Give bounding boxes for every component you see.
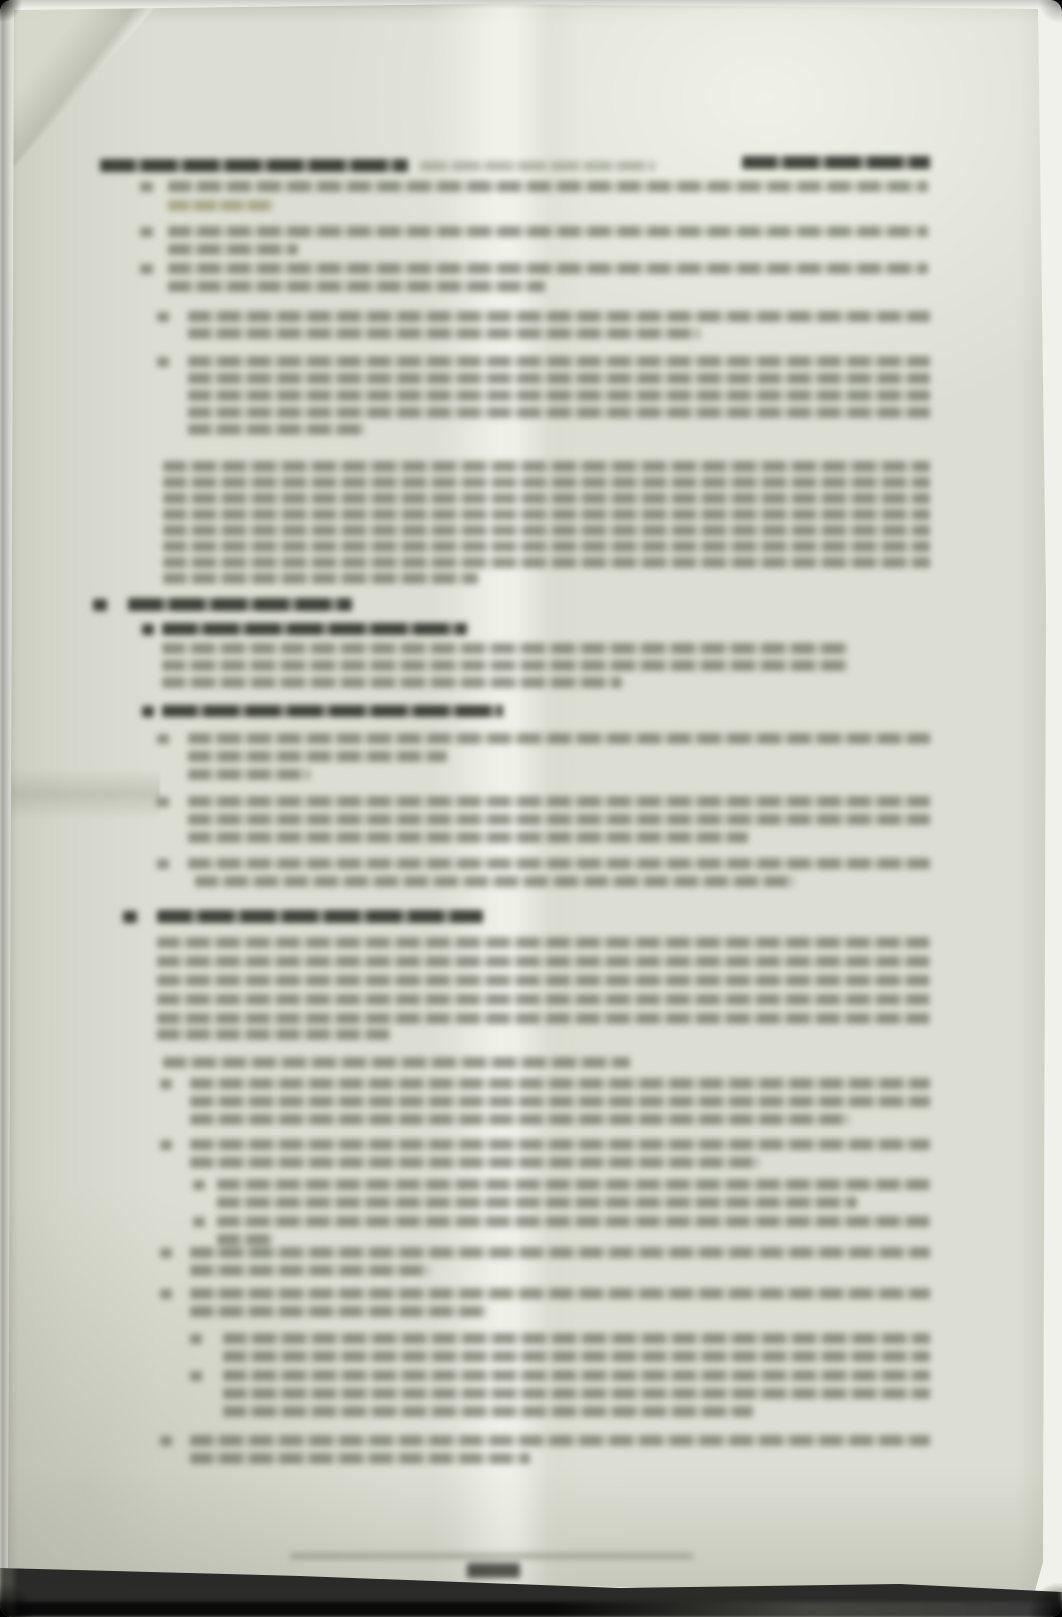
document-page xyxy=(0,0,1062,1617)
blurred-text-line xyxy=(163,557,930,568)
blurred-text-line xyxy=(142,706,154,717)
blurred-text-line xyxy=(142,624,154,635)
blurred-text-line xyxy=(190,1139,930,1150)
blurred-text-line xyxy=(193,1180,205,1190)
blurred-text-line xyxy=(290,1553,693,1559)
blurred-text-line xyxy=(190,1435,930,1446)
blurred-text-line xyxy=(188,858,930,869)
blurred-text-line xyxy=(163,461,930,472)
photo-bottom-strip xyxy=(0,1602,1062,1617)
blurred-text-line xyxy=(217,1216,930,1227)
blurred-text-line xyxy=(190,1453,530,1464)
blurred-text-line xyxy=(467,1563,520,1578)
blurred-text-line xyxy=(190,1096,930,1107)
blurred-text-line xyxy=(160,1079,172,1089)
blurred-text-line xyxy=(217,1179,930,1190)
blurred-text-line xyxy=(188,356,930,367)
blurred-text-line xyxy=(190,1371,202,1381)
blurred-text-line xyxy=(188,769,310,780)
blurred-text-layer xyxy=(0,0,1062,1617)
blurred-text-line xyxy=(157,797,169,807)
blurred-text-line xyxy=(217,1197,857,1208)
blurred-text-line xyxy=(140,227,153,237)
blurred-text-line xyxy=(190,1114,850,1125)
blurred-text-line xyxy=(162,623,467,635)
blurred-text-line xyxy=(157,937,930,948)
blurred-text-line xyxy=(160,1140,172,1150)
blurred-text-line xyxy=(193,1217,205,1227)
blurred-text-line xyxy=(163,1057,630,1068)
blurred-text-line xyxy=(160,1248,172,1258)
blurred-text-line xyxy=(190,1078,930,1089)
blurred-text-line xyxy=(223,1333,930,1344)
blurred-text-line xyxy=(93,599,107,611)
blurred-text-line xyxy=(163,541,930,552)
blurred-text-line xyxy=(190,1288,930,1299)
blurred-text-line xyxy=(188,311,930,322)
blurred-text-line xyxy=(188,814,930,825)
blurred-text-line xyxy=(168,181,928,192)
blurred-text-line xyxy=(188,390,930,401)
blurred-text-line xyxy=(123,911,137,923)
blurred-text-line xyxy=(157,910,483,923)
blurred-text-line xyxy=(188,751,447,762)
blurred-text-line xyxy=(140,182,153,192)
blurred-text-line xyxy=(223,1351,930,1362)
blurred-text-line xyxy=(157,975,930,986)
blurred-text-line xyxy=(157,734,169,744)
blurred-text-line xyxy=(157,859,169,869)
blurred-text-line xyxy=(188,796,930,807)
blurred-text-line xyxy=(162,643,848,654)
document-photo xyxy=(0,0,1062,1617)
blurred-text-line xyxy=(190,1157,760,1168)
blurred-text-line xyxy=(163,509,930,520)
blurred-text-line xyxy=(162,677,622,688)
blurred-text-line xyxy=(190,1247,930,1258)
blurred-text-line xyxy=(140,264,153,274)
blurred-text-line xyxy=(223,1388,930,1399)
blurred-text-line xyxy=(217,1234,273,1245)
blurred-text-line xyxy=(100,159,408,172)
blurred-text-line xyxy=(188,733,930,744)
blurred-text-line xyxy=(157,1013,930,1024)
blurred-text-line xyxy=(163,525,930,536)
blurred-text-line xyxy=(188,407,930,418)
blurred-text-line xyxy=(163,477,930,488)
blurred-text-line xyxy=(190,1334,202,1344)
blurred-text-line xyxy=(188,328,700,339)
blurred-text-line xyxy=(742,156,930,169)
blurred-text-line xyxy=(157,956,930,967)
blurred-text-line xyxy=(163,493,930,504)
blurred-text-line xyxy=(195,876,795,887)
blurred-text-line xyxy=(160,1436,172,1446)
blurred-text-line xyxy=(162,660,848,671)
blurred-text-line xyxy=(188,373,930,384)
blurred-text-line xyxy=(157,312,169,322)
blurred-text-line xyxy=(157,994,930,1005)
blurred-text-line xyxy=(157,1029,390,1040)
blurred-text-line xyxy=(128,598,352,611)
blurred-text-line xyxy=(190,1265,430,1276)
blurred-text-line xyxy=(162,705,503,717)
blurred-text-line xyxy=(157,357,169,367)
blurred-text-line xyxy=(168,226,928,237)
blurred-text-line xyxy=(160,1289,172,1299)
blurred-text-line xyxy=(420,161,655,171)
blurred-text-line xyxy=(168,281,545,292)
blurred-text-line xyxy=(168,263,928,274)
blurred-text-line xyxy=(168,200,273,211)
blurred-text-line xyxy=(163,573,478,584)
blurred-text-line xyxy=(190,1306,487,1317)
photo-left-edge-shadow xyxy=(0,0,18,1617)
blurred-text-line xyxy=(188,832,748,843)
blurred-text-line xyxy=(168,244,298,255)
blurred-text-line xyxy=(188,424,365,435)
blurred-text-line xyxy=(223,1406,753,1417)
blurred-text-line xyxy=(223,1370,930,1381)
